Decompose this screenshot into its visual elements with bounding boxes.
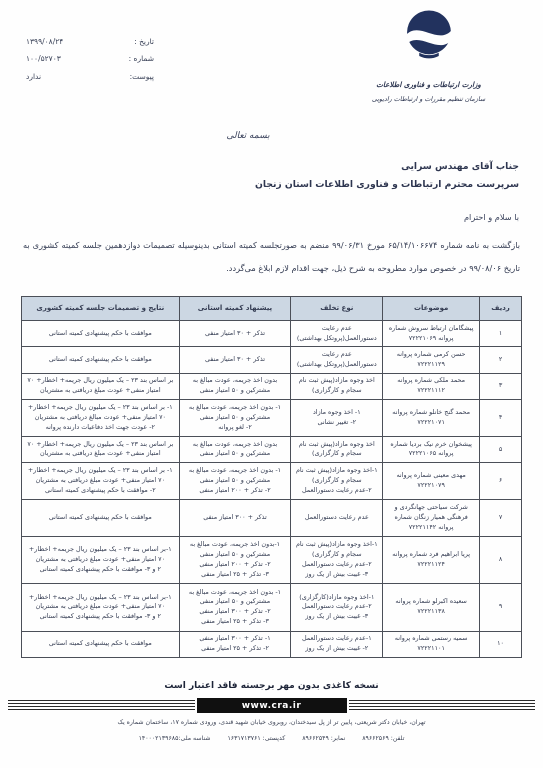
salutation-text: با سلام و احترام [464, 212, 519, 222]
cell-row-number: ۸ [480, 536, 522, 583]
table-row: ۴ محمد گنج خانلو شماره پروانه ۷۲۲۲۱۰۷۱ ۱… [22, 399, 522, 436]
cell-row-number: ۵ [480, 436, 522, 462]
cell-decision: موافقت با حکم پیشنهادی کمیته استانی [22, 347, 180, 373]
header-subject: موضوعات [383, 297, 480, 321]
cell-row-number: ۴ [480, 399, 522, 436]
rule-lines-left [8, 700, 195, 711]
letterhead-block: وزارت ارتباطات و فناوری اطلاعات سازمان ت… [326, 8, 531, 103]
cell-subject: حسن کرمی شماره پروانه ۷۲۲۲۱۱۲۹ [383, 347, 480, 373]
cell-subject: شرکت سیاحتی جهانگردی و فرهنگی همیار زنگا… [383, 500, 480, 537]
header-row-number: ردیف [480, 297, 522, 321]
date-value: ۱۳۹۹/۰۸/۲۴ [26, 38, 63, 46]
date-label: تاریخ : [134, 38, 154, 46]
cell-decision: موافقت با حکم پیشنهادی کمیته استانی [22, 500, 180, 537]
cell-decision: ۱- بر اساس بند ۲۳ – یک میلیون ریال جریمه… [22, 399, 180, 436]
meta-date-row: تاریخ : ۱۳۹۹/۰۸/۲۴ [26, 38, 154, 46]
cell-violation: اخذ وجوه مازاد(پیش ثبت نام سجام و کارگزا… [291, 436, 383, 462]
cra-logo-icon [403, 45, 455, 64]
table-row: ۶ مهدی معینی شماره پروانه ۷۲۲۲۱۰۷۹ ۱-اخذ… [22, 463, 522, 500]
cell-violation: عدم رعایت دستورالعمل(پروتکل بهداشتی) [291, 321, 383, 347]
cell-proposal: ۱-بدون اخذ جریمه، عودت مبالغ به مشترکین … [179, 536, 291, 583]
header-violation: نوع تخلف [291, 297, 383, 321]
fax-text: نمابر: ۸۹۶۶۲۵۴۹ [302, 735, 345, 742]
cell-subject: سعیده اکبرلو شماره پروانه ۷۲۲۲۱۱۳۸ [383, 584, 480, 631]
cell-violation: ۱-اخذ وجوه مازاد(پیش ثبت نام سجام و کارگ… [291, 463, 383, 500]
table-row: ۸ پریا ابراهیم فرد شماره پروانه ۷۲۲۲۱۱۲۴… [22, 536, 522, 583]
cell-violation: ۱-اخذ وجوه مازاد(پیش ثبت نام سجام و کارگ… [291, 536, 383, 583]
phone-text: تلفن: ۸۹۶۶۲۵۶۹ [362, 735, 404, 742]
cell-decision: ۱-بر اساس بند ۲۳ – یک میلیون ریال جریمه+… [22, 584, 180, 631]
cell-subject: پیشگامان ارتباط سروش شماره پروانه ۷۲۲۲۱۰… [383, 321, 480, 347]
cell-violation: ۱- اخذ وجوه مازاد ۲- تغییر نشانی [291, 399, 383, 436]
cell-subject: سمیه رستمی شماره پروانه ۷۲۲۲۱۱۰۱ [383, 631, 480, 657]
national-id-text: شناسه ملی:۱۴۰۰۰۲۱۳۹۶۸۵ [139, 735, 211, 742]
cell-subject: محمد ملکی شماره پروانه ۷۲۲۲۱۱۱۲ [383, 373, 480, 399]
cell-proposal: ۱- بدون اخذ جریمه، عودت مبالغ به مشترکین… [179, 399, 291, 436]
cell-violation: عدم رعایت دستورالعمل [291, 500, 383, 537]
letter-page: تاریخ : ۱۳۹۹/۰۸/۲۴ شماره : ۱۰۰/۵۲۷۰۳ پیو… [0, 0, 543, 768]
table-row: ۲ حسن کرمی شماره پروانه ۷۲۲۲۱۱۲۹ عدم رعا… [22, 347, 522, 373]
table-row: ۷ شرکت سیاحتی جهانگردی و فرهنگی همیار زن… [22, 500, 522, 537]
decisions-table: ردیف موضوعات نوع تخلف پیشنهاد کمیته استا… [21, 296, 522, 658]
address-text: تهران، خیابان دکتر شریعتی، پایین تر از پ… [0, 719, 543, 726]
letter-body: بازگشت به نامه شماره ۶۵/۱۴/۱۰۶۶۷۴ مورخ ۹… [23, 234, 520, 280]
recipient-block: جناب آقای مهندس سرایی سرپرست محترم ارتبا… [24, 158, 519, 194]
cell-violation: ۱-اخذ وجوه مازاد(کارگزاری) ۲-عدم رعایت د… [291, 584, 383, 631]
cell-decision: بر اساس بند ۲۳ – یک میلیون ریال جریمه+ ا… [22, 436, 180, 462]
cell-proposal: بدون اخذ جریمه، عودت مبالغ به مشترکین و … [179, 436, 291, 462]
table-row: ۹ سعیده اکبرلو شماره پروانه ۷۲۲۲۱۱۳۸ ۱-ا… [22, 584, 522, 631]
cell-subject: پریا ابراهیم فرد شماره پروانه ۷۲۲۲۱۱۲۴ [383, 536, 480, 583]
cell-decision: موافقت با حکم پیشنهادی کمیته استانی [22, 321, 180, 347]
table-header-row: ردیف موضوعات نوع تخلف پیشنهاد کمیته استا… [22, 297, 522, 321]
cell-subject: محمد گنج خانلو شماره پروانه ۷۲۲۲۱۰۷۱ [383, 399, 480, 436]
meta-attachment-row: پیوست: ندارد [26, 73, 154, 81]
cell-violation: ۱-عدم رعایت دستورالعمل ۲- غیبت بیش از یک… [291, 631, 383, 657]
cell-row-number: ۶ [480, 463, 522, 500]
cell-violation: اخذ وجوه مازاد(پیش ثبت نام سجام و کارگزا… [291, 373, 383, 399]
validity-disclaimer: نسخه کاغذی بدون مهر برجسته فاقد اعتبار ا… [0, 681, 543, 691]
recipient-title: سرپرست محترم ارتباطات و فناوری اطلاعات ا… [24, 176, 519, 194]
cell-proposal: تذکر + ۳۰ امتیاز منفی [179, 321, 291, 347]
cell-proposal: ۱- تذکر + ۳۰۰ امتیاز منفی ۲- تذکر + ۲۵ ا… [179, 631, 291, 657]
cell-decision: بر اساس بند ۲۳ – یک میلیون ریال جریمه+ ا… [22, 373, 180, 399]
cell-proposal: بدون اخذ جریمه، عودت مبالغ به مشترکین و … [179, 373, 291, 399]
cell-row-number: ۱۰ [480, 631, 522, 657]
rule-lines-right [349, 700, 536, 711]
cell-violation: عدم رعایت دستورالعمل(پروتکل بهداشتی) [291, 347, 383, 373]
cell-row-number: ۱ [480, 321, 522, 347]
table-row: ۵ پیشخوان خرم نیک بردیا شماره پروانه ۷۲۲… [22, 436, 522, 462]
cell-decision: ۱- بر اساس بند ۲۳ – یک میلیون ریال جریمه… [22, 463, 180, 500]
cell-proposal: ۱- بدون اخذ جریمه، عودت مبالغ به مشترکین… [179, 584, 291, 631]
ministry-name: وزارت ارتباطات و فناوری اطلاعات [326, 80, 531, 89]
attachment-label: پیوست: [130, 73, 154, 81]
besmeleh-text: بسمه تعالی [198, 131, 298, 141]
header-decision: نتایج و تصمیمات جلسه کمیته کشوری [22, 297, 180, 321]
table-row: ۱ پیشگامان ارتباط سروش شماره پروانه ۷۲۲۲… [22, 321, 522, 347]
website-bar-row: www.cra.ir [8, 698, 535, 713]
cell-proposal: تذکر + ۳۰۰ امتیاز منفی [179, 500, 291, 537]
table-row: ۱۰ سمیه رستمی شماره پروانه ۷۲۲۲۱۱۰۱ ۱-عد… [22, 631, 522, 657]
letter-meta-block: تاریخ : ۱۳۹۹/۰۸/۲۴ شماره : ۱۰۰/۵۲۷۰۳ پیو… [26, 38, 154, 90]
number-label: شماره : [129, 55, 154, 63]
postal-code-text: کدپستی: ۱۶۳۱۷۱۳۷۶۱ [227, 735, 285, 742]
recipient-name: جناب آقای مهندس سرایی [24, 158, 519, 176]
cell-row-number: ۹ [480, 584, 522, 631]
cell-proposal: ۱- بدون اخذ جریمه، عودت مبالغ به مشترکین… [179, 463, 291, 500]
cell-row-number: ۲ [480, 347, 522, 373]
attachment-value: ندارد [26, 73, 41, 81]
cell-row-number: ۳ [480, 373, 522, 399]
website-url: www.cra.ir [197, 698, 347, 713]
cell-subject: مهدی معینی شماره پروانه ۷۲۲۲۱۰۷۹ [383, 463, 480, 500]
number-value: ۱۰۰/۵۲۷۰۳ [26, 55, 61, 63]
contact-row: تلفن: ۸۹۶۶۲۵۶۹ نمابر: ۸۹۶۶۲۵۴۹ کدپستی: ۱… [0, 735, 543, 742]
cell-decision: موافقت با حکم پیشنهادی کمیته استانی [22, 631, 180, 657]
meta-number-row: شماره : ۱۰۰/۵۲۷۰۳ [26, 55, 154, 63]
cell-row-number: ۷ [480, 500, 522, 537]
cell-proposal: تذکر + ۳۰ امتیاز منفی [179, 347, 291, 373]
cell-decision: ۱-بر اساس بند ۲۳ – یک میلیون ریال جریمه+… [22, 536, 180, 583]
header-proposal: پیشنهاد کمیته استانی [179, 297, 291, 321]
table-row: ۳ محمد ملکی شماره پروانه ۷۲۲۲۱۱۱۲ اخذ وج… [22, 373, 522, 399]
authority-name: سازمان تنظیم مقررات و ارتباطات رادیویی [326, 95, 531, 103]
cell-subject: پیشخوان خرم نیک بردیا شماره پروانه ۷۲۲۲۱… [383, 436, 480, 462]
